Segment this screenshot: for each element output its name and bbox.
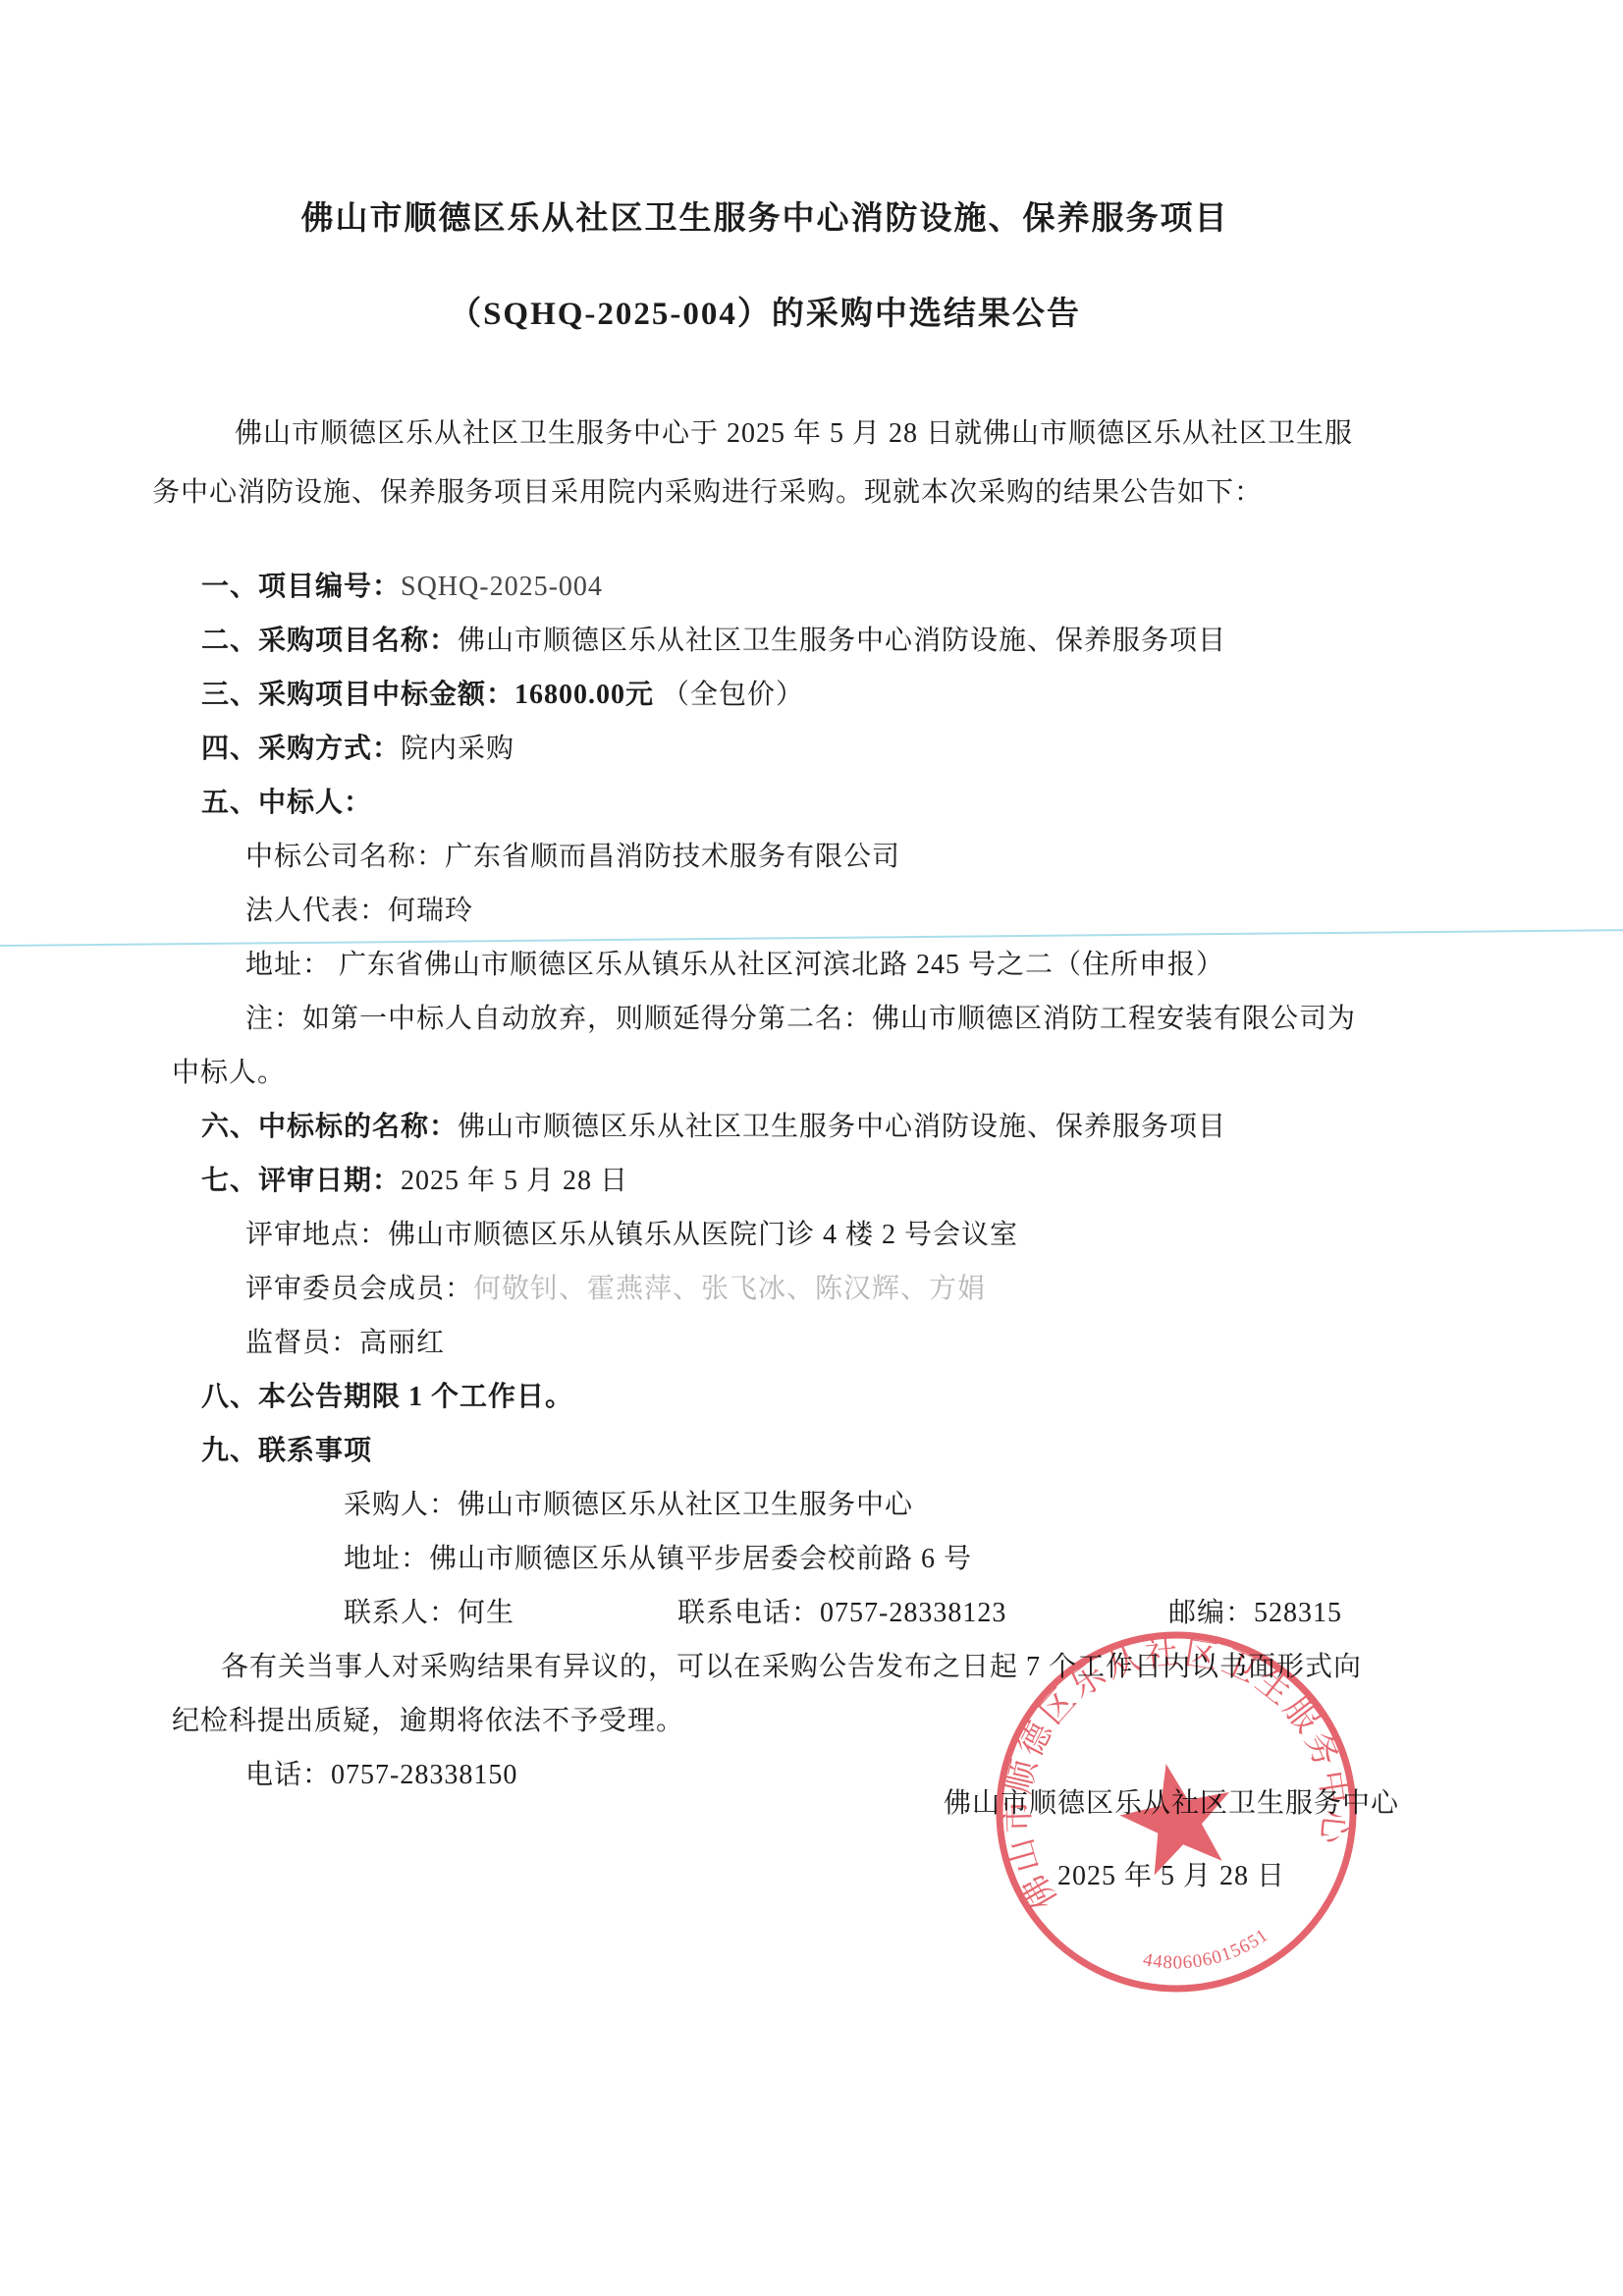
document-title-line1: 佛山市顺德区乐从社区卫生服务中心消防设施、保养服务项目 bbox=[152, 192, 1378, 239]
winner-address-line: 地址： 广东省佛山市顺德区乐从镇乐从社区河滨北路 245 号之二（住所申报） bbox=[245, 938, 1378, 992]
legal-representative-label: 法人代表： bbox=[245, 896, 388, 926]
winner-company-line: 中标公司名称：广东省顺而昌消防技术服务有限公司 bbox=[245, 830, 1378, 884]
winner-address-label: 地址： bbox=[245, 950, 331, 980]
item-review-date-value: 2025 年 5 月 28 日 bbox=[401, 1166, 628, 1196]
committee-label: 评审委员会成员： bbox=[245, 1274, 473, 1304]
document-title-line2: （SQHQ-2025-004）的采购中选结果公告 bbox=[152, 288, 1378, 334]
committee-line: 评审委员会成员：何敬钊、霍燕萍、张飞冰、陈汉辉、方娟 bbox=[245, 1262, 1378, 1316]
contact-phone: 联系电话：0757-28338123 bbox=[677, 1586, 1168, 1640]
winner-company-value: 广东省顺而昌消防技术服务有限公司 bbox=[445, 842, 900, 872]
item-procurement-method-label: 四、采购方式： bbox=[201, 734, 401, 764]
purchaser-address-value: 佛山市顺德区乐从镇平步居委会校前路 6 号 bbox=[429, 1544, 972, 1574]
supervisor-value: 高丽红 bbox=[359, 1328, 445, 1358]
item-winner-heading-label: 五、中标人： bbox=[201, 788, 372, 818]
review-place-label: 评审地点： bbox=[245, 1220, 388, 1250]
seal-serial-number: 4480606015651 bbox=[1137, 1923, 1274, 1984]
item-project-number-label: 一、项目编号： bbox=[201, 572, 401, 602]
supervisor-line: 监督员：高丽红 bbox=[245, 1316, 1378, 1370]
contact-person-value: 何生 bbox=[458, 1598, 514, 1628]
contact-phone-label: 联系电话： bbox=[677, 1598, 820, 1628]
item-project-name-value: 佛山市顺德区乐从社区卫生服务中心消防设施、保养服务项目 bbox=[458, 626, 1226, 656]
intro-paragraph: 佛山市顺德区乐从社区卫生服务中心于 2025 年 5 月 28 日就佛山市顺德区… bbox=[152, 405, 1378, 522]
item-project-number-value: SQHQ-2025-004 bbox=[401, 572, 603, 602]
purchaser-address-line: 地址：佛山市顺德区乐从镇平步居委会校前路 6 号 bbox=[344, 1532, 1378, 1586]
purchaser-value: 佛山市顺德区乐从社区卫生服务中心 bbox=[458, 1490, 913, 1520]
item-notice-period: 八、本公告期限 1 个工作日。 bbox=[201, 1370, 1378, 1424]
purchaser-address-label: 地址： bbox=[344, 1544, 429, 1574]
item-review-date: 七、评审日期：2025 年 5 月 28 日 bbox=[201, 1154, 1378, 1208]
item-review-date-label: 七、评审日期： bbox=[201, 1166, 401, 1196]
item-award-amount-value: 16800.00元 bbox=[514, 680, 654, 710]
winner-company-label: 中标公司名称： bbox=[245, 842, 445, 872]
legal-representative-value: 何瑞玲 bbox=[388, 896, 473, 926]
item-award-amount-label: 三、采购项目中标金额： bbox=[201, 680, 514, 710]
seal-ring-text-holder: 佛山市顺德区乐从社区卫生服务中心 bbox=[967, 1601, 1365, 1918]
item-project-name-label: 二、采购项目名称： bbox=[201, 626, 458, 656]
item-project-number: 一、项目编号：SQHQ-2025-004 bbox=[201, 560, 1378, 614]
item-award-subject: 六、中标标的名称：佛山市顺德区乐从社区卫生服务中心消防设施、保养服务项目 bbox=[201, 1100, 1378, 1154]
official-seal-stamp: 佛山市顺德区乐从社区卫生服务中心 4480606015651 bbox=[949, 1585, 1404, 2040]
supervisor-label: 监督员： bbox=[245, 1328, 359, 1358]
item-award-subject-label: 六、中标标的名称： bbox=[201, 1112, 458, 1142]
item-project-name: 二、采购项目名称：佛山市顺德区乐从社区卫生服务中心消防设施、保养服务项目 bbox=[201, 614, 1378, 668]
item-procurement-method: 四、采购方式：院内采购 bbox=[201, 722, 1378, 776]
item-award-amount-note: （全包价） bbox=[662, 680, 804, 710]
contact-person: 联系人：何生 bbox=[344, 1586, 677, 1640]
seal-star-icon bbox=[1111, 1752, 1243, 1880]
legal-representative-line: 法人代表：何瑞玲 bbox=[245, 884, 1378, 938]
tel-label: 电话： bbox=[245, 1760, 331, 1790]
purchaser-label: 采购人： bbox=[344, 1490, 458, 1520]
contact-person-label: 联系人： bbox=[344, 1598, 458, 1628]
item-award-subject-value: 佛山市顺德区乐从社区卫生服务中心消防设施、保养服务项目 bbox=[458, 1112, 1226, 1142]
seal-serial-holder: 4480606015651 bbox=[1137, 1923, 1274, 1984]
item-award-amount: 三、采购项目中标金额：16800.00元 （全包价） bbox=[201, 668, 1378, 722]
tel-value: 0757-28338150 bbox=[331, 1760, 517, 1790]
contact-phone-value: 0757-28338123 bbox=[820, 1598, 1006, 1628]
document-page: 佛山市顺德区乐从社区卫生服务中心消防设施、保养服务项目 （SQHQ-2025-0… bbox=[0, 0, 1623, 2296]
committee-names: 何敬钊、霍燕萍、张飞冰、陈汉辉、方娟 bbox=[473, 1274, 986, 1304]
winner-address-value: 广东省佛山市顺德区乐从镇乐从社区河滨北路 245 号之二（住所申报） bbox=[339, 950, 1224, 980]
seal-ring-text: 佛山市顺德区乐从社区卫生服务中心 bbox=[967, 1601, 1365, 1918]
review-place-value: 佛山市顺德区乐从镇乐从医院门诊 4 楼 2 号会议室 bbox=[388, 1220, 1018, 1250]
runner-up-note: 注：如第一中标人自动放弃，则顺延得分第二名：佛山市顺德区消防工程安装有限公司为中… bbox=[172, 992, 1378, 1100]
document-content: 佛山市顺德区乐从社区卫生服务中心消防设施、保养服务项目 （SQHQ-2025-0… bbox=[0, 0, 1623, 1802]
item-procurement-method-value: 院内采购 bbox=[401, 734, 514, 764]
item-winner-heading: 五、中标人： bbox=[201, 776, 1378, 830]
purchaser-line: 采购人：佛山市顺德区乐从社区卫生服务中心 bbox=[344, 1478, 1378, 1532]
review-place-line: 评审地点：佛山市顺德区乐从镇乐从医院门诊 4 楼 2 号会议室 bbox=[245, 1208, 1378, 1262]
item-contact-heading: 九、联系事项 bbox=[201, 1424, 1378, 1478]
